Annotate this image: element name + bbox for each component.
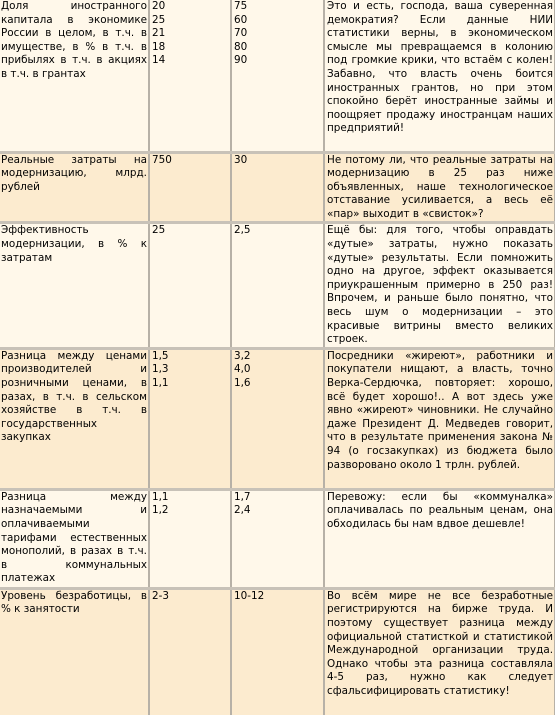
table-row: Реальные затраты на модернизацию, млрд. … [0, 152, 555, 223]
official-value-cell: 2025211814 [149, 0, 231, 152]
indicator-cell: Разница между назначаемыми и оплачиваемы… [0, 489, 149, 588]
official-value: 1,2 [152, 504, 229, 518]
comment-cell: Во всём мире не все безработные регистри… [324, 588, 555, 715]
official-value: 1,1 [152, 491, 229, 505]
real-value-cell: 30 [231, 152, 324, 223]
real-value: 90 [234, 54, 322, 68]
official-value: 1,5 [152, 350, 229, 364]
real-value: 2,4 [234, 504, 322, 518]
comment-cell: Не потому ли, что реальные затраты на мо… [324, 152, 555, 223]
real-value-cell: 7560708090 [231, 0, 324, 152]
table-row: Доля иностранного капитала в экономике Р… [0, 0, 555, 152]
real-value: 80 [234, 41, 322, 55]
real-value: 1,7 [234, 491, 322, 505]
real-value-cell: 1,72,4 [231, 489, 324, 588]
official-value: 25 [152, 14, 229, 28]
real-value-cell: 2,5 [231, 223, 324, 348]
official-value: 1,1 [152, 377, 229, 391]
official-value-cell: 1,11,2 [149, 489, 231, 588]
indicator-cell: Доля иностранного капитала в экономике Р… [0, 0, 149, 152]
statistics-comparison-table: Доля иностранного капитала в экономике Р… [0, 0, 555, 715]
official-value: 1,3 [152, 363, 229, 377]
table-row: Эффективность модернизации, в % к затрат… [0, 223, 555, 348]
official-value: 2-3 [152, 590, 229, 604]
comment-cell: Посредники «жиреют», работники и покупат… [324, 348, 555, 489]
real-value-cell: 3,24,01,6 [231, 348, 324, 489]
table-row: Уровень безработицы, в % к занятости2-31… [0, 588, 555, 715]
indicator-cell: Разница между ценами производителей и ро… [0, 348, 149, 489]
official-value-cell: 25 [149, 223, 231, 348]
indicator-cell: Реальные затраты на модернизацию, млрд. … [0, 152, 149, 223]
indicator-cell: Уровень безработицы, в % к занятости [0, 588, 149, 715]
official-value: 25 [152, 224, 229, 238]
official-value: 20 [152, 0, 229, 14]
official-value-cell: 1,51,31,1 [149, 348, 231, 489]
real-value: 30 [234, 154, 322, 168]
official-value: 21 [152, 27, 229, 41]
official-value: 18 [152, 41, 229, 55]
real-value: 60 [234, 14, 322, 28]
table-row: Разница между ценами производителей и ро… [0, 348, 555, 489]
official-value-cell: 2-3 [149, 588, 231, 715]
real-value-cell: 10-12 [231, 588, 324, 715]
real-value: 4,0 [234, 363, 322, 377]
indicator-cell: Эффективность модернизации, в % к затрат… [0, 223, 149, 348]
real-value: 10-12 [234, 590, 322, 604]
comment-cell: Это и есть, господа, ваша суверенная дем… [324, 0, 555, 152]
real-value: 3,2 [234, 350, 322, 364]
real-value: 75 [234, 0, 322, 14]
real-value: 1,6 [234, 377, 322, 391]
official-value: 750 [152, 154, 229, 168]
official-value: 14 [152, 54, 229, 68]
comment-cell: Ещё бы: для того, чтобы оправдать «дутые… [324, 223, 555, 348]
comment-cell: Перевожу: если бы «коммуналка» оплачивал… [324, 489, 555, 588]
official-value-cell: 750 [149, 152, 231, 223]
table-row: Разница между назначаемыми и оплачиваемы… [0, 489, 555, 588]
real-value: 70 [234, 27, 322, 41]
real-value: 2,5 [234, 224, 322, 238]
